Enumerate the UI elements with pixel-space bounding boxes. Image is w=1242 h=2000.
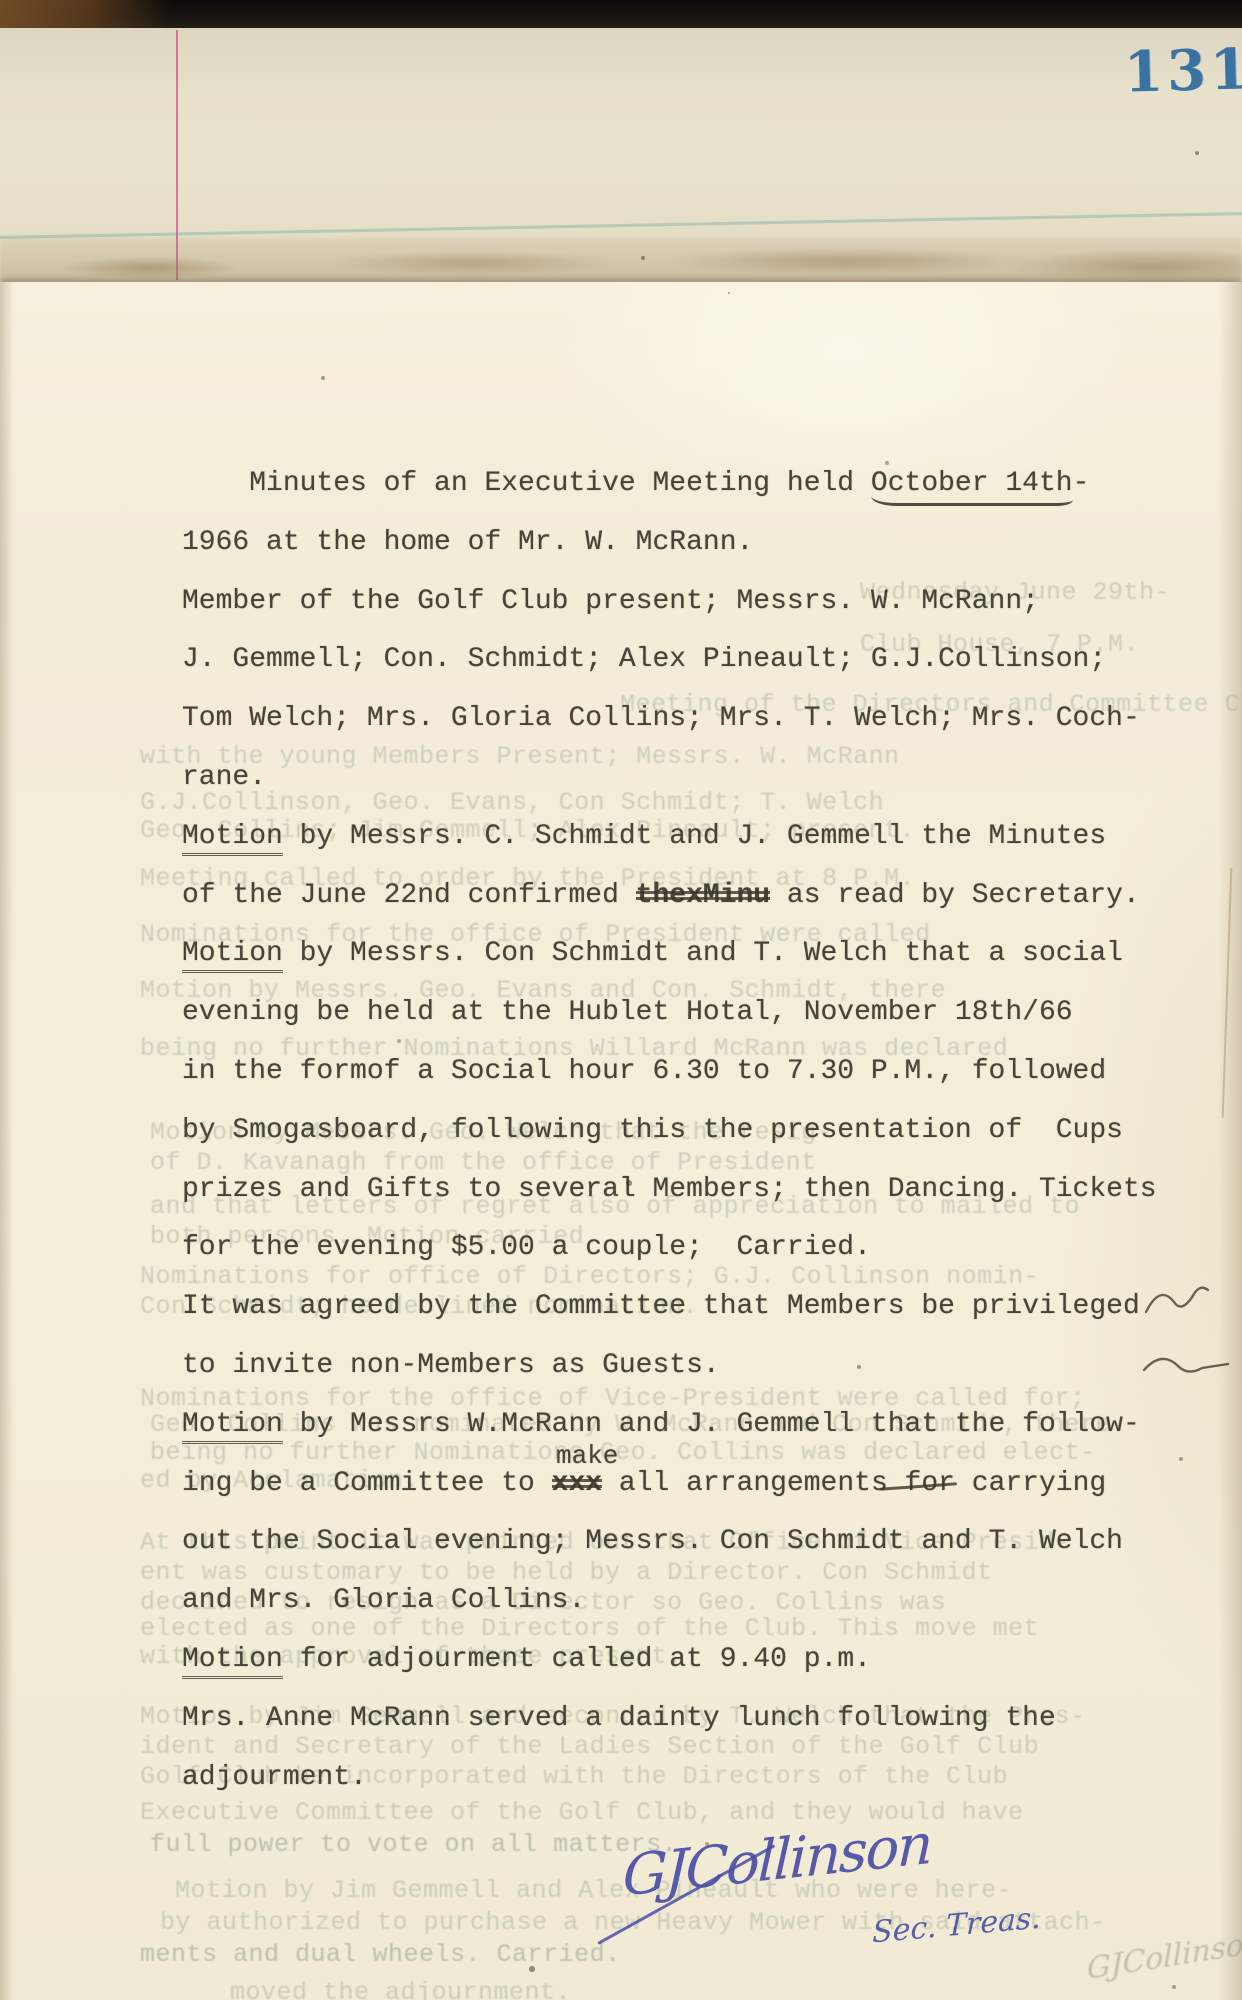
typed-segment: by Messrs W.McRann and J. Gemmell that t… [283, 1409, 1140, 1440]
stain-band [0, 238, 1242, 286]
typed-line: Tom Welch; Mrs. Gloria Collins; Mrs. T. … [182, 690, 1202, 749]
page-number-stamp: 131 [1123, 36, 1242, 105]
pen-mark [1140, 1268, 1236, 1328]
typed-segment: ing be a Committee to [182, 1468, 552, 1499]
typed-segment-ut: Motion [182, 821, 283, 856]
typed-segment: as read by Secretary. [770, 880, 1140, 911]
typed-line: rane. [182, 749, 1202, 808]
scanned-minutes-page: 131 Wednesday June 29th-Club House, 7 P.… [0, 0, 1242, 2000]
typed-segment: by Messrs. C. Schmidt and J. Gemmell the… [283, 821, 1106, 852]
typed-line: adjourment. [182, 1749, 1202, 1808]
typed-line: It was agreed by the Committee that Memb… [182, 1278, 1202, 1337]
sheet-right-edge-shadow [1218, 282, 1242, 2000]
typed-segment-ut: Motion [182, 1409, 283, 1444]
typed-line: J. Gemmell; Con. Schmidt; Alex Pineault;… [182, 631, 1202, 690]
typed-segment: adjourment. [182, 1762, 367, 1793]
typed-segment: of the June 22nd confirmed [182, 880, 636, 911]
signature-block: GJCollinson Sec. Treas. [560, 1820, 1120, 1990]
typed-line: Member of the Golf Club present; Messrs.… [182, 573, 1202, 632]
signature-name: GJCollinson [622, 1811, 933, 1909]
typed-segment: all arrangements [602, 1468, 888, 1499]
typed-segment: carrying [955, 1468, 1106, 1499]
typed-segment: Tom Welch; Mrs. Gloria Collins; Mrs. T. … [182, 703, 1140, 734]
typed-segment-pen: for [888, 1468, 955, 1499]
typed-line: prizes and Gifts to several Members; the… [182, 1161, 1202, 1220]
typed-segment: rane. [182, 762, 266, 793]
typed-line: Motion by Messrs W.McRann and J. Gemmell… [182, 1396, 1202, 1455]
typed-segment: to invite non-Members as Guests. [182, 1350, 720, 1381]
typed-line: in the formof a Social hour 6.30 to 7.30… [182, 1043, 1202, 1102]
typed-segment: - [1073, 468, 1090, 499]
typed-segment: out the Social evening; Messrs. Con Schm… [182, 1526, 1123, 1557]
typed-line: Motion by Messrs. Con Schmidt and T. Wel… [182, 925, 1202, 984]
typed-segment: Minutes of an Executive Meeting held [182, 468, 871, 499]
typed-line: 1966 at the home of Mr. W. McRann. [182, 514, 1202, 573]
typed-segment: in the formof a Social hour 6.30 to 7.30… [182, 1056, 1106, 1087]
ledger-rule-line [0, 212, 1242, 239]
typed-line: Minutes of an Executive Meeting held Oct… [182, 455, 1202, 514]
typed-segment: by Smogasboard, following this the prese… [182, 1115, 1123, 1146]
typed-segment-x: thexMinu [636, 880, 770, 911]
typed-segment: 1966 at the home of Mr. W. McRann. [182, 527, 753, 558]
typed-segment: for adjourment called at 9.40 p.m. [283, 1644, 871, 1675]
typed-line: of the June 22nd confirmed thexMinu as r… [182, 867, 1202, 926]
ledger-page: 131 [0, 28, 1242, 284]
typed-line: evening be held at the Hublet Hotal, Nov… [182, 984, 1202, 1043]
typed-segment-ut: Motion [182, 938, 283, 973]
typed-line: ing be a Committee to xxx all arrangemen… [182, 1455, 1202, 1514]
typed-segment: evening be held at the Hublet Hotal, Nov… [182, 997, 1073, 1028]
typed-line: Motion for adjourment called at 9.40 p.m… [182, 1631, 1202, 1690]
typed-text-block: Minutes of an Executive Meeting held Oct… [182, 455, 1202, 1807]
typed-line: by Smogasboard, following this the prese… [182, 1102, 1202, 1161]
paper-specks [0, 0, 2, 2]
typed-line: to invite non-Members as Guests. [182, 1337, 1202, 1396]
typed-segment-x: xxx [552, 1468, 602, 1499]
typed-segment: prizes and Gifts to several Members; the… [182, 1174, 1157, 1205]
inserted-word: make [556, 1441, 618, 1471]
typed-segment: Mrs. Anne McRann served a dainty lunch f… [182, 1703, 1056, 1734]
typed-line: Motion by Messrs. C. Schmidt and J. Gemm… [182, 808, 1202, 867]
typed-segment: for the evening $5.00 a couple; Carried. [182, 1232, 871, 1263]
typed-segment-ut: Motion [182, 1644, 283, 1679]
typed-segment: by Messrs. Con Schmidt and T. Welch that… [283, 938, 1123, 969]
sheet-left-edge-shadow [0, 282, 14, 2000]
typed-segment-uh: October 14th [871, 468, 1073, 506]
typed-segment: J. Gemmell; Con. Schmidt; Alex Pineault;… [182, 644, 1106, 675]
typed-line: out the Social evening; Messrs. Con Schm… [182, 1513, 1202, 1572]
typed-line: Mrs. Anne McRann served a dainty lunch f… [182, 1690, 1202, 1749]
typed-segment: It was agreed by the Committee that Memb… [182, 1291, 1140, 1322]
pen-mark [1134, 1336, 1238, 1398]
signature-title: Sec. Treas. [872, 1901, 1041, 1951]
typed-segment: and Mrs. Gloria Collins. [182, 1585, 585, 1616]
typed-segment: Member of the Golf Club present; Messrs.… [182, 586, 1039, 617]
typed-line: for the evening $5.00 a couple; Carried. [182, 1219, 1202, 1278]
typed-line: and Mrs. Gloria Collins. [182, 1572, 1202, 1631]
